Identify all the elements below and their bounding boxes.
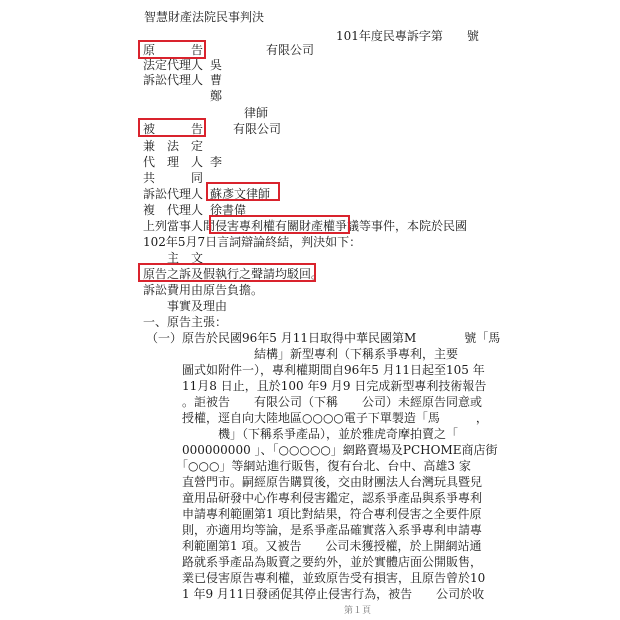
highlight-box-ruling (138, 263, 316, 282)
plaintiff-name: 有限公司 (266, 43, 314, 57)
defendant-rep-name: 李 (210, 155, 222, 169)
para-line: 路就系爭產品為販賣之要約外，並於實體店面公開販售， (146, 555, 482, 569)
judgment-page: 智慧財產法院民事判決 101年度民專訴字第 號 原 告 有限公司 法定代理人 吳… (0, 0, 620, 620)
para-line: 1 年9 月11日發函促其停止侵害行為，被告 公司於收 (146, 587, 484, 601)
highlight-box-defendant (138, 118, 206, 137)
para-line: 授權，逕自向大陸地區○○○○電子下單製造「馬 ， (146, 411, 488, 425)
para-line: 直營門市。嗣經原告購買後，交由財團法人台灣玩具暨兒 (146, 475, 482, 489)
para-line: 則，亦適用均等論，是系爭產品確實落入系爭專利申請專 (146, 523, 482, 537)
document-title: 智慧財產法院民事判決 (144, 10, 264, 24)
intro-suffix: 等事件，本院於民國 (359, 219, 467, 233)
para-line: （一）原告於民國96年5 月11日取得中華民國第M 號「馬 (146, 331, 500, 345)
page-number: 第１頁 (344, 603, 371, 616)
joint-label: 共 同 (143, 171, 203, 185)
para-line: 結構」新型專利（下稱系爭專利，主要 (146, 347, 458, 361)
sub-counsel-label: 複 代理人 (143, 203, 203, 217)
para-line: 000000000 」、「○○○○○」網路賣場及PCHOME商店街 (146, 443, 498, 457)
section-1-heading: 一、原告主張： (143, 315, 227, 329)
para-line: 申請專利範圍第1 項比對結果，符合專利侵害之全要件原 (146, 507, 481, 521)
highlight-box-dispute (209, 215, 350, 234)
defendant-name: 有限公司 (233, 122, 281, 136)
defendant-rep-line2: 代 理 人 (143, 155, 203, 169)
intro-line-2: 102年5月7日言詞辯論終結，判決如下： (143, 235, 361, 249)
defendant-counsel-label: 訴訟代理人 (143, 187, 203, 201)
para-line: 機」（下稱系爭產品），並於雅虎奇摩拍賣之「 (146, 427, 458, 441)
plaintiff-counsel-suffix: 律師 (244, 106, 268, 120)
defendant-rep-line1: 兼 法 定 (143, 139, 203, 153)
case-number: 101年度民專訴字第 號 (336, 29, 479, 43)
facts-heading: 事實及理由 (167, 299, 227, 313)
highlight-box-counsel (206, 182, 280, 201)
plaintiff-counsel-1: 曹 (210, 73, 222, 87)
para-line: 圖式如附件一），專利權期間自96年5 月11日起至105 年 (146, 363, 485, 377)
ruling-2: 訴訟費用由原告負擔。 (143, 283, 263, 297)
plaintiff-counsel-label: 訴訟代理人 (143, 73, 203, 87)
intro-prefix: 上列當事人間 (143, 219, 215, 233)
para-line: 童用品研發中心作專利侵害鑑定，認系爭產品與系爭專利 (146, 491, 482, 505)
legal-rep-label: 法定代理人 (143, 58, 203, 72)
para-line: 「○○○」等網站進行販售，復有台北、台中、高雄3 家 (146, 459, 471, 473)
legal-rep-name: 吳 (210, 58, 222, 72)
para-line: 。詎被告 有限公司（下稱 公司）未經原告同意或 (146, 395, 482, 409)
para-line: 利範圍第1 項。又被告 公司未獲授權，於上開網站通 (146, 539, 481, 553)
plaintiff-counsel-2: 鄭 (210, 89, 222, 103)
para-line: 11月8 日止，且於100 年9 月9 日完成新型專利技術報告 (146, 379, 486, 393)
para-line: 業已侵害原告專利權，並致原告受有損害，且原告曾於10 (146, 571, 485, 585)
highlight-box-plaintiff (138, 40, 206, 59)
